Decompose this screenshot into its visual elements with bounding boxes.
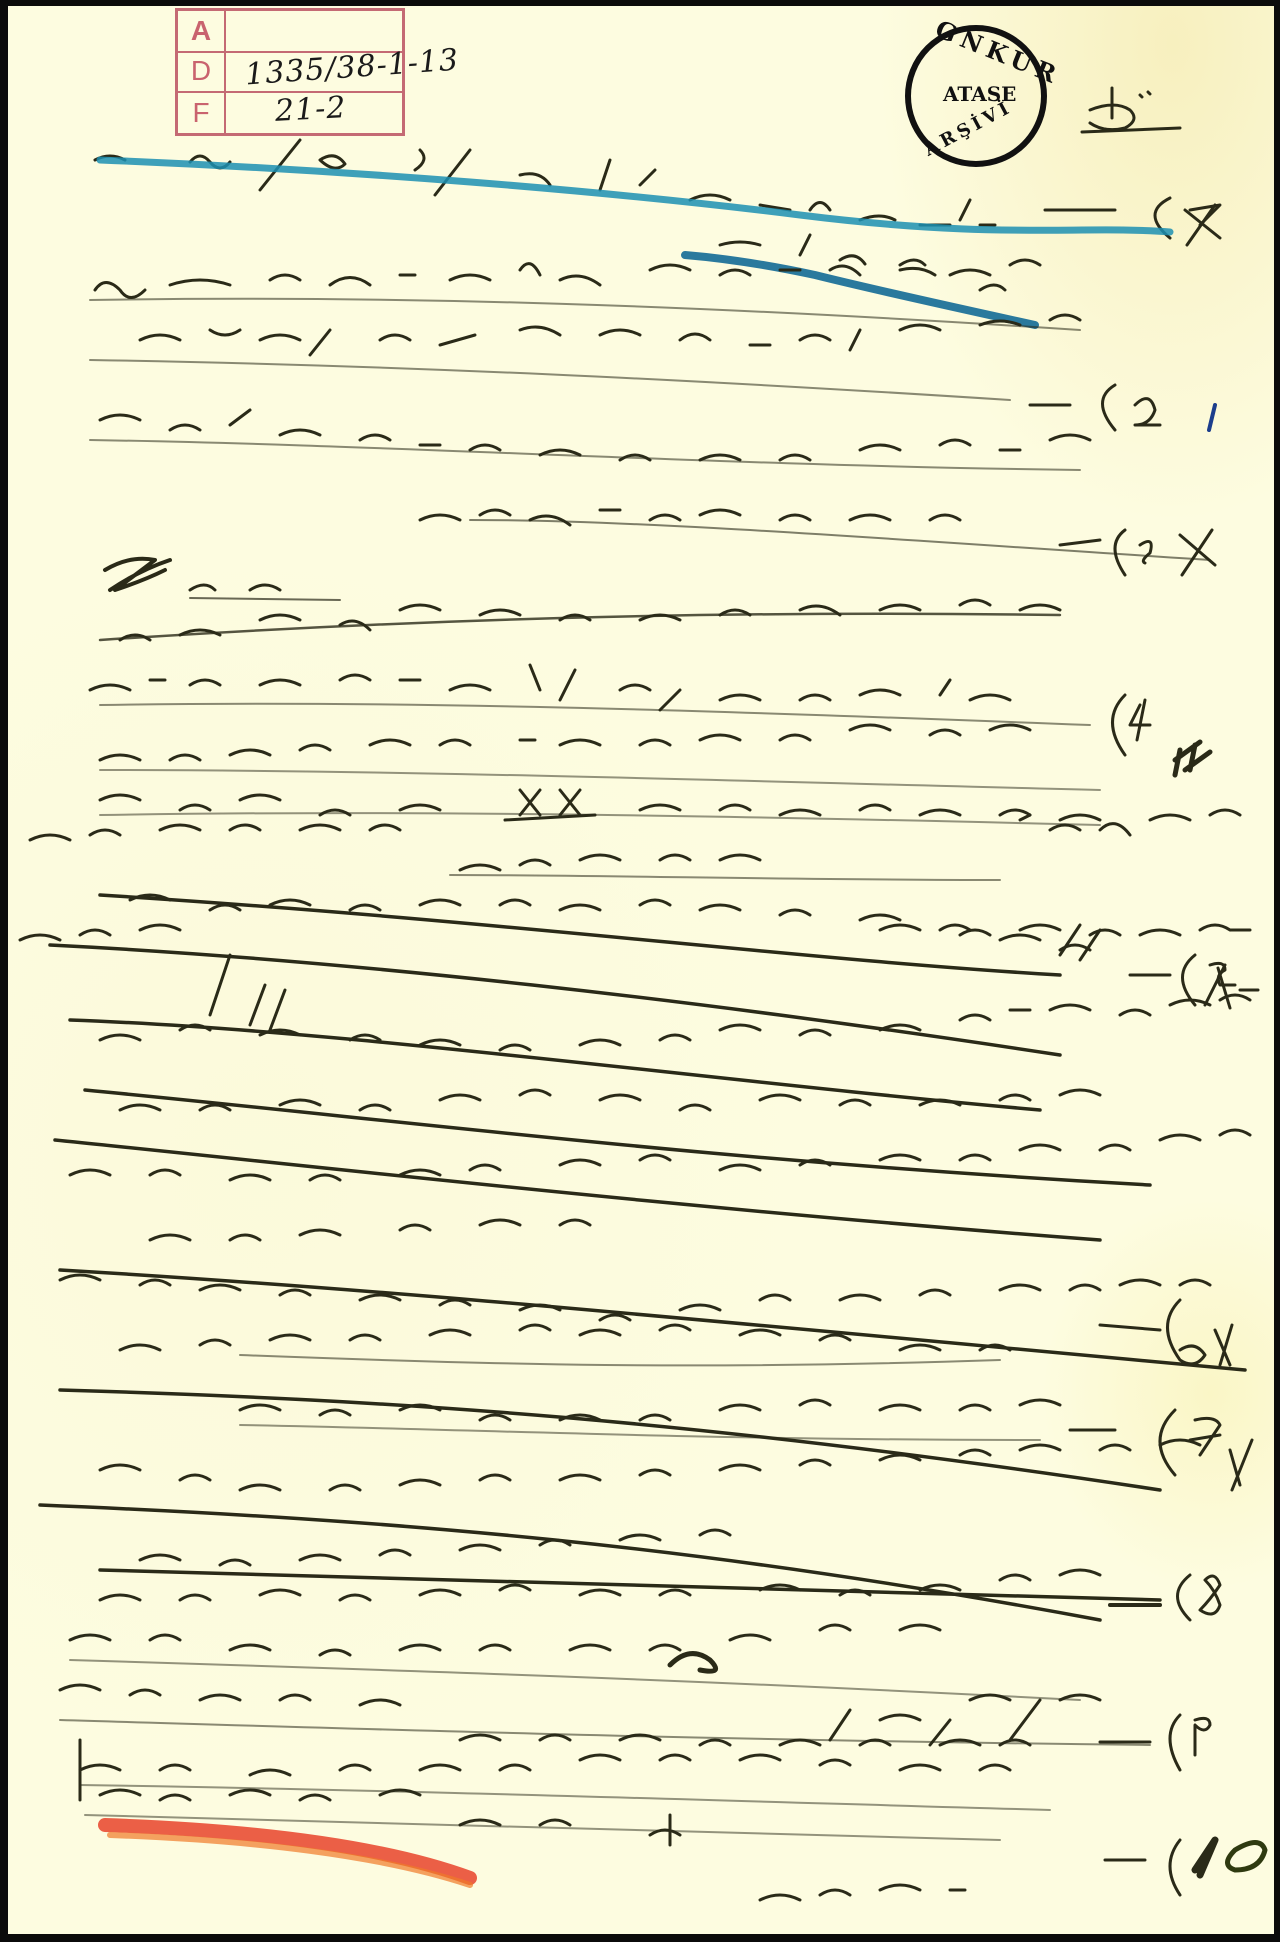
handwriting-layer — [0, 0, 1280, 1942]
list-item: 1 — [0, 0, 1, 1]
